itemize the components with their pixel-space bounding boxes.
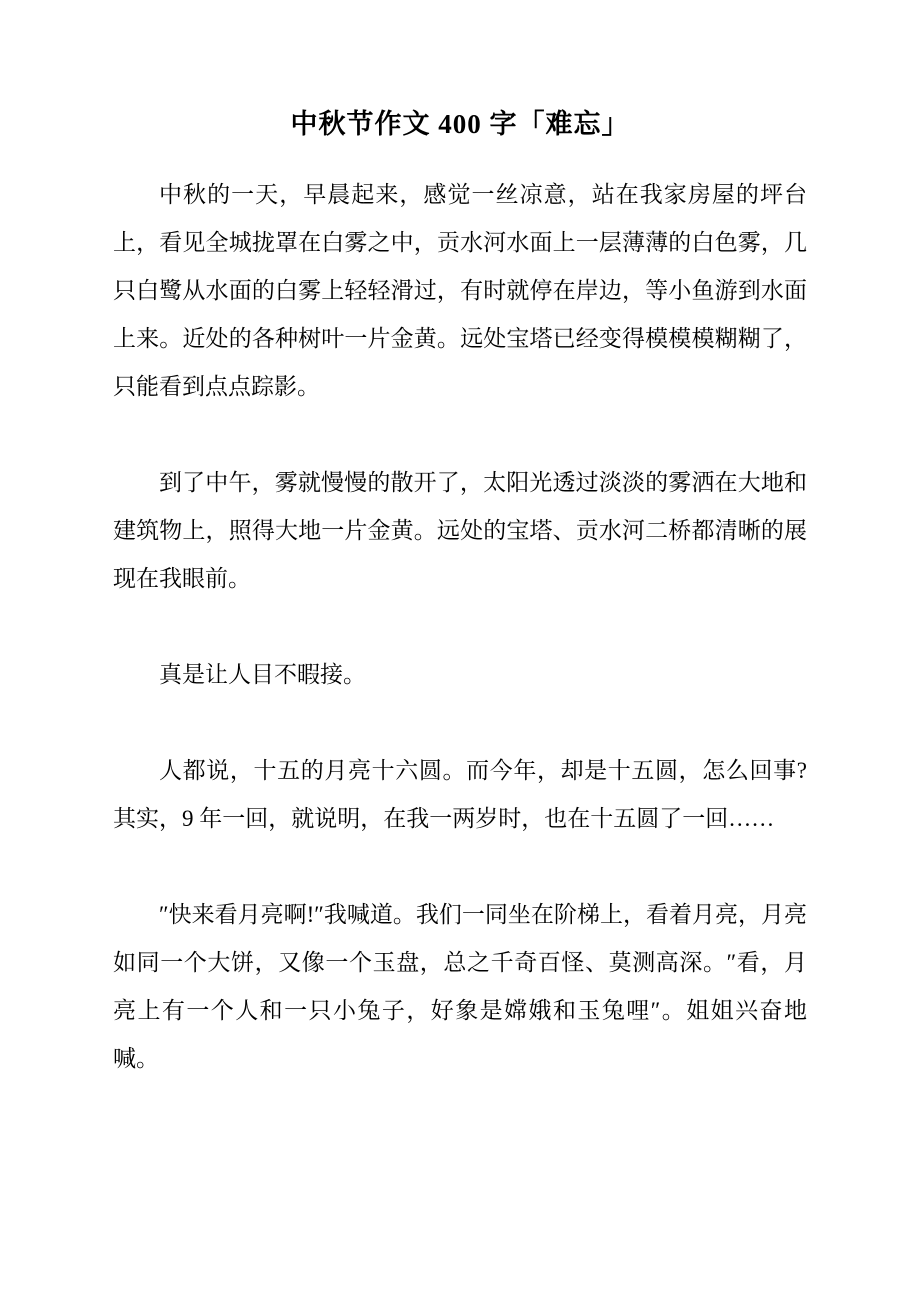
document-content: 中秋节作文 400 字「难忘」 中秋的一天，早晨起来，感觉一丝凉意，站在我家房屋…: [113, 103, 807, 1083]
paragraph-5: ″快来看月亮啊!″我喊道。我们一同坐在阶梯上，看着月亮，月亮如同一个大饼，又像一…: [113, 891, 807, 1083]
paragraph-1: 中秋的一天，早晨起来，感觉一丝凉意，站在我家房屋的坪台上，看见全城拢罩在白雾之中…: [113, 171, 807, 411]
paragraph-4: 人都说，十五的月亮十六圆。而今年，却是十五圆，怎么回事?其实，9 年一回，就说明…: [113, 747, 807, 843]
document-page: 中秋节作文 400 字「难忘」 中秋的一天，早晨起来，感觉一丝凉意，站在我家房屋…: [0, 0, 920, 1302]
paragraph-3: 真是让人目不暇接。: [113, 651, 807, 699]
document-title: 中秋节作文 400 字「难忘」: [113, 103, 807, 145]
paragraph-2: 到了中午，雾就慢慢的散开了，太阳光透过淡淡的雾洒在大地和建筑物上，照得大地一片金…: [113, 459, 807, 603]
